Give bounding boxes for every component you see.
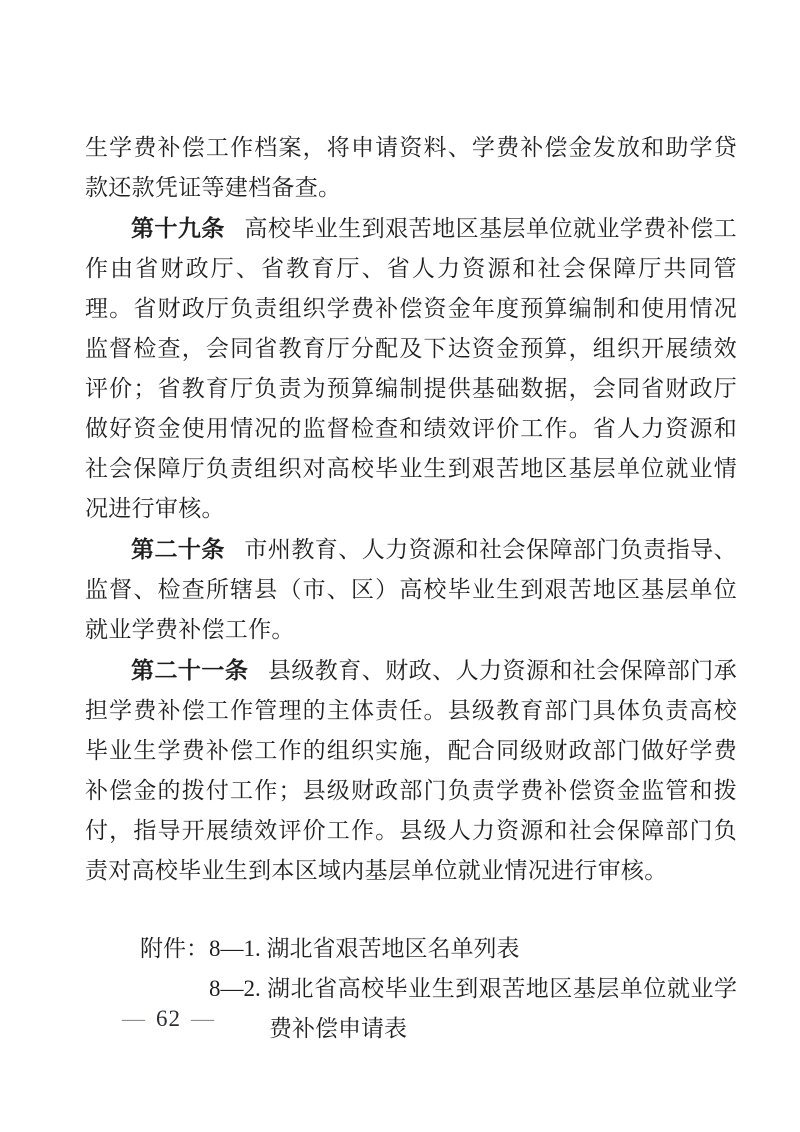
- article-number: 第十九条: [131, 215, 225, 241]
- paragraph-text: 县级教育、财政、人力资源和社会保障部门承担学费补偿工作管理的主体责任。县级教育部…: [85, 658, 737, 883]
- page-number-value: 62: [156, 1006, 181, 1031]
- page-number: —62—: [112, 1004, 225, 1034]
- attachment-item: 8—2. 湖北省高校毕业生到艰苦地区基层单位就业学费补偿申请表: [209, 969, 737, 1049]
- page-number-dash-left: —: [122, 1006, 146, 1031]
- article-number: 第二十一条: [131, 657, 248, 683]
- attachments-label: 附件：: [140, 929, 209, 969]
- page-number-dash-right: —: [191, 1006, 215, 1031]
- document-page: 生学费补偿工作档案，将申请资料、学费补偿金发放和助学贷款还款凭证等建档备查。 第…: [0, 0, 800, 1132]
- article-number: 第二十条: [131, 536, 225, 562]
- paragraph-continuation: 生学费补偿工作档案，将申请资料、学费补偿金发放和助学贷款还款凭证等建档备查。: [85, 128, 737, 208]
- paragraph-article-19: 第十九条高校毕业生到艰苦地区基层单位就业学费补偿工作由省财政厅、省教育厅、省人力…: [85, 208, 737, 529]
- attachment-item: 8—1. 湖北省艰苦地区名单列表: [209, 929, 737, 969]
- paragraph-text: 高校毕业生到艰苦地区基层单位就业学费补偿工作由省财政厅、省教育厅、省人力资源和社…: [85, 216, 737, 521]
- paragraph-text: 生学费补偿工作档案，将申请资料、学费补偿金发放和助学贷款还款凭证等建档备查。: [85, 135, 737, 200]
- document-body: 生学费补偿工作档案，将申请资料、学费补偿金发放和助学贷款还款凭证等建档备查。 第…: [85, 128, 737, 1049]
- attachments-list: 8—1. 湖北省艰苦地区名单列表 8—2. 湖北省高校毕业生到艰苦地区基层单位就…: [209, 929, 737, 1049]
- attachments-block: 附件： 8—1. 湖北省艰苦地区名单列表 8—2. 湖北省高校毕业生到艰苦地区基…: [140, 929, 737, 1049]
- paragraph-article-21: 第二十一条县级教育、财政、人力资源和社会保障部门承担学费补偿工作管理的主体责任。…: [85, 650, 737, 891]
- paragraph-article-20: 第二十条市州教育、人力资源和社会保障部门负责指导、监督、检查所辖县（市、区）高校…: [85, 529, 737, 650]
